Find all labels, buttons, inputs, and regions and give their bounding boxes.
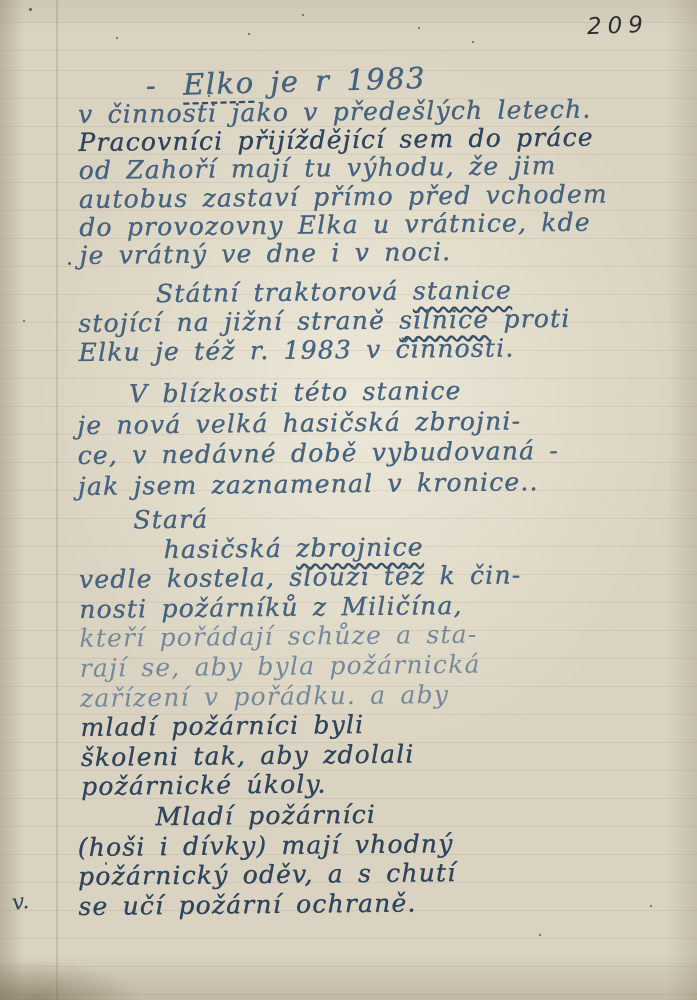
line-text: hasičská <box>163 533 296 563</box>
handwritten-line: Elku je též r. 1983 v činnosti. <box>78 333 571 367</box>
handwritten-line: jak jsem zaznamenal v kronice.. <box>78 466 560 502</box>
handwritten-line: Stará <box>78 501 521 535</box>
heading-rest: je r 1983 <box>254 61 426 100</box>
handwritten-line: Mladí požárníci <box>77 799 456 832</box>
underlined-word-zbrojnice: zbrojnice <box>296 532 424 562</box>
underlined-word-silnice: silnice <box>399 305 489 335</box>
handwritten-line: ce, v nedávné době vybudovaná - <box>77 436 559 472</box>
paragraph-old-fire-station: Stará hasičská zbrojnice vedle kostela, … <box>78 501 523 802</box>
handwritten-line: školeni tak, aby zdolali <box>81 738 524 772</box>
handwritten-line: nosti požárníků z Miličína, <box>79 590 522 624</box>
paragraph-elko-activity: v činnosti jako v předešlých letech. Pra… <box>78 95 609 270</box>
heading-word-elko: Elko <box>182 66 254 102</box>
manuscript-page: 209 -Elko je r 1983 v činnosti jako v př… <box>0 0 697 1000</box>
line-text: stojící na jižní straně <box>78 305 399 337</box>
handwritten-line: se učí požární ochraně. <box>78 887 457 920</box>
handwritten-line: je vrátný ve dne i v noci. <box>79 236 608 270</box>
line-text: Státní traktorová <box>156 276 413 308</box>
handwritten-text: -Elko je r 1983 v činnosti jako v předeš… <box>0 0 697 1000</box>
handwritten-line: mladí požárníci byli <box>80 708 523 742</box>
handwritten-line: požárnické úkoly. <box>81 768 524 802</box>
handwritten-line: je nová velká hasičská zbrojni- <box>77 405 559 441</box>
line-text: proti <box>489 304 571 334</box>
heading-dash: - <box>145 68 157 102</box>
handwritten-line: hasičská zbrojnice <box>78 531 521 565</box>
underlined-word-stanice: stanice <box>413 275 512 305</box>
handwritten-line: vedle kostela, slouží též k čin- <box>79 560 522 594</box>
handwritten-line: (hoši i dívky) mají vhodný <box>77 828 456 861</box>
paragraph-tractor-station: Státní traktorová stanice stojící na již… <box>78 275 571 367</box>
handwritten-line: rají se, aby byla požárnická <box>80 649 523 683</box>
handwritten-line: požárnický oděv, a s chutí <box>78 858 457 891</box>
handwritten-line: zařízení v pořádku. a aby <box>80 679 523 713</box>
handwritten-line: kteří pořádají schůze a sta- <box>79 620 522 654</box>
margin-annotation: v. <box>10 889 30 916</box>
handwritten-line: do provozovny Elka u vrátnice, kde <box>79 208 608 242</box>
paragraph-new-fire-station: V blízkosti této stanice je nová velká h… <box>77 375 560 502</box>
paragraph-young-firefighters: Mladí požárníci (hoši i dívky) mají vhod… <box>77 799 457 921</box>
handwritten-line: V blízkosti této stanice <box>77 375 559 411</box>
